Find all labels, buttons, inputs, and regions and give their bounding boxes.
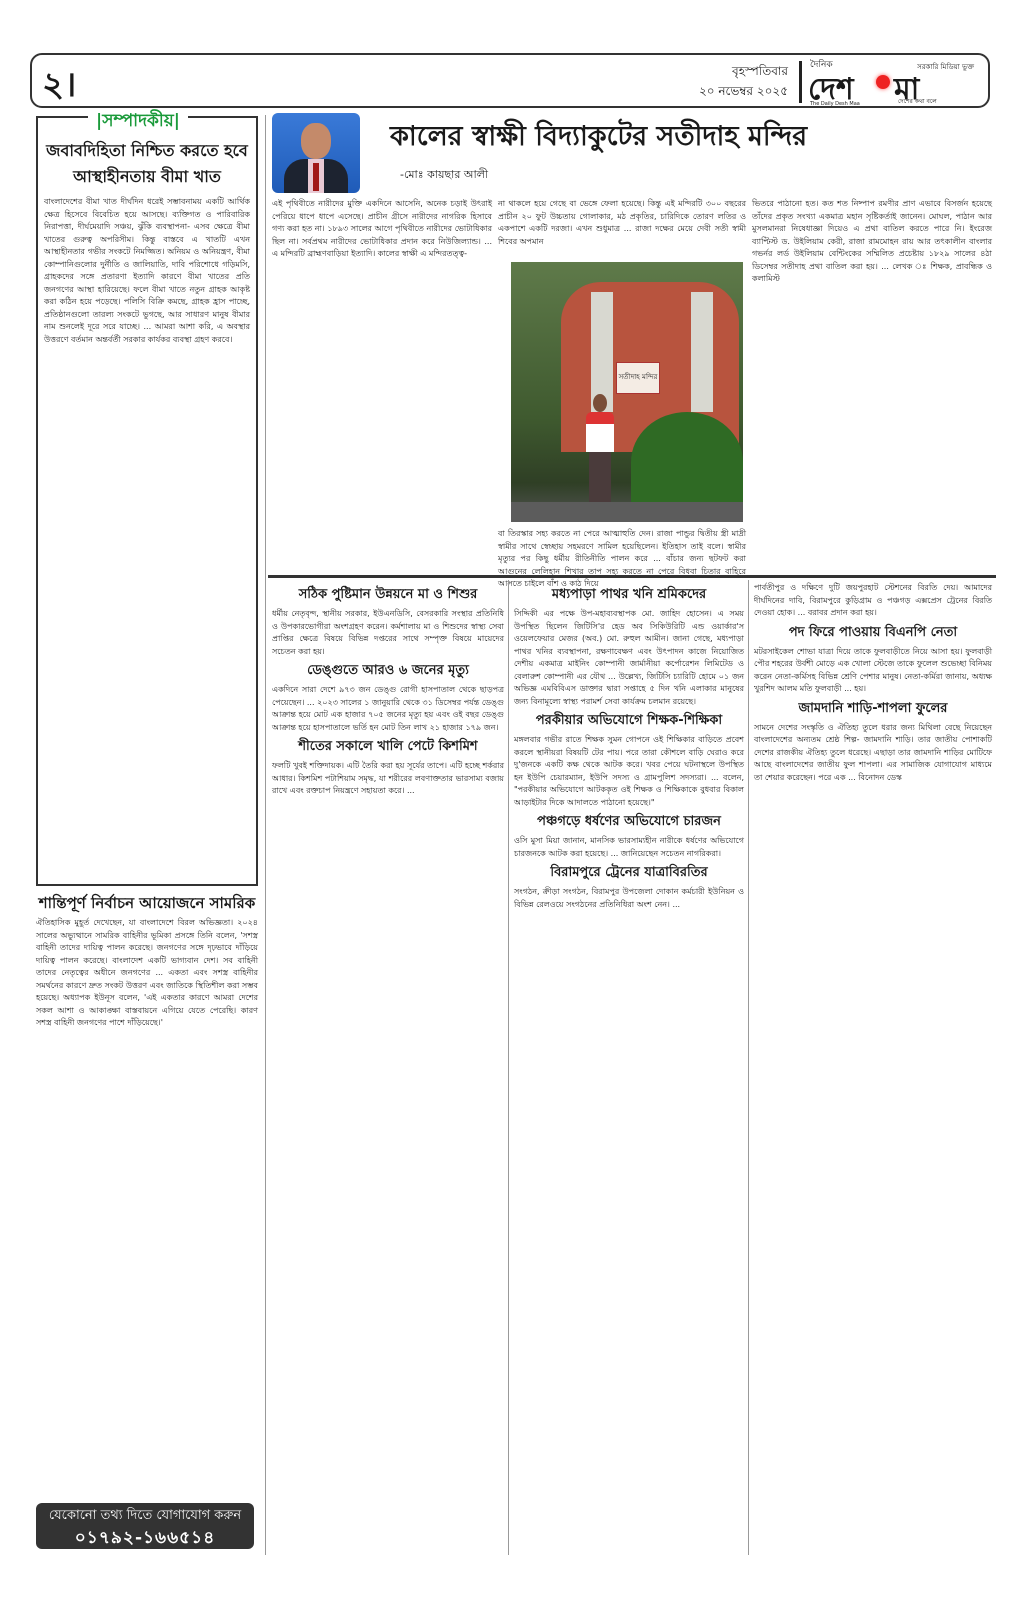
- logo-divider: [799, 61, 802, 103]
- logo-english: The Daily Desh Maa: [810, 101, 860, 107]
- news-body: সিদ্দিকী এর পক্ষে উপ-মহাব্যবস্থাপক মো. জ…: [514, 608, 744, 708]
- editorial-title: জবাবদিহিতা নিশ্চিত করতে হবে আস্থাহীনতায়…: [38, 138, 256, 190]
- contact-phone[interactable]: ০১৭৯২-১৬৬৫১৪: [36, 1525, 254, 1553]
- feature-column-3: বা তিরস্কার সহ্য করতে না পেরে আত্মাহুতি …: [498, 528, 746, 572]
- contact-label: যেকোনো তথ্য দিতে যোগাযোগ করুন: [36, 1507, 254, 1525]
- author-photo: [272, 113, 360, 193]
- logo-desh: দেশ: [808, 65, 854, 116]
- logo-tagline-top: সরকারি মিডিয়া ভুক্ত: [917, 61, 974, 73]
- column-divider: [748, 580, 749, 1555]
- news-column-a: সঠিক পুষ্টিমান উন্নয়নে মা ও শিশুর ধর্মী…: [272, 582, 504, 798]
- editorial-body: বাংলাদেশের বীমা খাত দীর্ঘদিন ধরেই সম্ভাব…: [38, 190, 256, 352]
- news-body: একদিনে সারা দেশে ৯৭৩ জন ডেঙ্গু রোগী হাসপ…: [272, 684, 504, 734]
- news-headline: শীতের সকালে খালি পেটে কিশমিশ: [272, 737, 504, 757]
- news-headline: পঞ্চগড়ে ধর্ষণের অভিযোগে চারজন: [514, 812, 744, 832]
- newspaper-logo[interactable]: দৈনিক দেশ মা সরকারি মিডিয়া ভুক্ত দেশের …: [806, 57, 974, 107]
- editorial-box: |সম্পাদকীয়| জবাবদিহিতা নিশ্চিত করতে হবে…: [36, 116, 258, 886]
- left-article: শান্তিপূর্ণ নির্বাচন আয়োজনে সামরিক ঐতিহ…: [36, 893, 258, 1493]
- feature-column-4: ভিতরে পাঠানো হত। কত শত নিষ্পাপ রমণীর প্র…: [752, 198, 992, 568]
- news-headline: পরকীয়ার অভিযোগে শিক্ষক-শিক্ষিকা: [514, 711, 744, 731]
- news-column-b: মধ্যপাড়া পাথর খনি শ্রমিকদের সিদ্দিকী এর…: [514, 582, 744, 911]
- left-article-headline: শান্তিপূর্ণ নির্বাচন আয়োজনে সামরিক: [36, 893, 258, 913]
- news-body: ওসি মুসা মিয়া জানান, মানসিক ভারসাম্যহীন…: [514, 835, 744, 860]
- temple-sign: সতীদাহ মন্দির: [616, 362, 660, 394]
- masthead: ২। বৃহস্পতিবার ২০ নভেম্বর ২০২৫ দৈনিক দেশ…: [30, 53, 990, 108]
- feature-column-2: না থাকলে হয়ে গেছে বা ভেঙ্গে ফেলা হয়েছে…: [498, 198, 746, 258]
- logo-ma: মা: [894, 65, 919, 116]
- feature-headline: কালের স্বাক্ষী বিদ্যাকুটের সতীদাহ মন্দির: [390, 116, 807, 161]
- news-headline: বিরামপুরে ট্রেনের যাত্রাবিরতির: [514, 863, 744, 883]
- news-body: ফলটি খুবই শক্তিদায়ক। এটি তৈরি করা হয় স…: [272, 760, 504, 798]
- column-divider: [265, 115, 266, 1555]
- news-headline: সঠিক পুষ্টিমান উন্নয়নে মা ও শিশুর: [272, 585, 504, 605]
- news-body: মটরসাইকেল শোভা যাত্রা দিয়ে তাকে ফুলবাড়…: [754, 646, 992, 696]
- editorial-tag: |সম্পাদকীয়|: [88, 108, 188, 136]
- left-article-body: ঐতিহাসিক মুহূর্ত দেখেছেন, যা বাংলাদেশে ব…: [36, 917, 258, 1030]
- news-headline: পদ ফিরে পাওয়ায় বিএনপি নেতা: [754, 623, 992, 643]
- date-block: বৃহস্পতিবার ২০ নভেম্বর ২০২৫: [699, 61, 788, 101]
- column-divider: [508, 580, 509, 1555]
- logo-tagline-bottom: দেশের কথা বলে: [898, 96, 937, 107]
- news-headline: জামদানি শাড়ি-শাপলা ফুলের: [754, 699, 992, 719]
- news-headline: মধ্যপাড়া পাথর খনি শ্রমিকদের: [514, 585, 744, 605]
- contact-box[interactable]: যেকোনো তথ্য দিতে যোগাযোগ করুন ০১৭৯২-১৬৬৫…: [36, 1503, 254, 1549]
- date-label: ২০ নভেম্বর ২০২৫: [699, 81, 788, 101]
- page-number: ২।: [42, 59, 76, 116]
- news-headline: ডেঙ্গুতে আরও ৬ জনের মৃত্যু: [272, 661, 504, 681]
- news-body: পার্বতীপুর ও দক্ষিণে দুটি জয়পুরহাট স্টে…: [754, 582, 992, 620]
- news-body: ধর্মীয় নেতৃবৃন্দ, স্থানীয় সরকার, ইউএনড…: [272, 608, 504, 658]
- feature-byline: -মোঃ কায়ছার আলী: [400, 166, 488, 185]
- news-body: সংগঠন, ক্রীড়া সংগঠন, বিরামপুর উপজেলা দো…: [514, 886, 744, 911]
- section-divider: [268, 575, 996, 578]
- news-body: সামনে দেশের সংস্কৃতি ও ঐতিহ্য তুলে ধরার …: [754, 722, 992, 785]
- day-label: বৃহস্পতিবার: [699, 61, 788, 81]
- feature-column-1: এই পৃথিবীতে নারীদের মুক্তি একদিনে আসেনি,…: [272, 198, 492, 568]
- temple-photo: সতীদাহ মন্দির: [511, 262, 743, 522]
- news-column-c: পার্বতীপুর ও দক্ষিণে দুটি জয়পুরহাট স্টে…: [754, 582, 992, 784]
- sun-emblem-icon: [876, 75, 890, 89]
- news-body: মঙ্গলবার গভীর রাতে শিক্ষক সুমন গোপনে ওই …: [514, 734, 744, 809]
